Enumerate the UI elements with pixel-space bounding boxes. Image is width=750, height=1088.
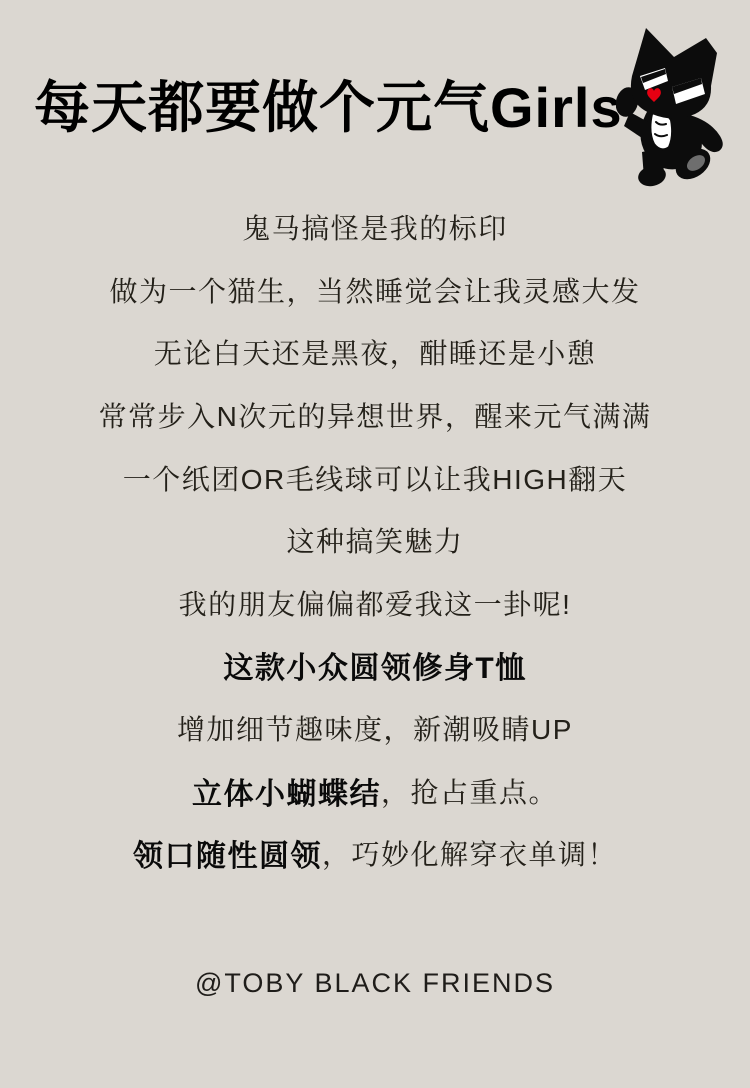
body-line-text: 做为一个猫生，当然睡觉会让我灵感大发 xyxy=(109,270,640,310)
tmall-black-cat-icon xyxy=(616,26,748,192)
body-line: 鬼马搞怪是我的标印 xyxy=(0,196,750,259)
body-line: 一个纸团OR毛线球可以让我HIGH翻天 xyxy=(0,446,750,509)
body-line-text: 常常步入N次元的异想世界，醒来元气满满 xyxy=(99,395,652,435)
body-line: 增加细节趣味度，新潮吸睛UP xyxy=(0,697,750,760)
body-line-text: 增加细节趣味度，新潮吸睛UP xyxy=(177,708,573,748)
brand-handle: @TOBY BLACK FRIENDS xyxy=(0,958,750,1008)
body-text-block: 鬼马搞怪是我的标印做为一个猫生，当然睡觉会让我灵感大发无论白天还是黑夜，酣睡还是… xyxy=(0,196,750,885)
product-description-page: 每天都要做个元气Girls 鬼马搞怪是我的标印做为一个猫生，当然睡觉会让我灵感大… xyxy=(0,0,750,1088)
body-line-text: 这种搞笑魅力 xyxy=(286,520,463,560)
body-line-text: 一个纸团OR毛线球可以让我HIGH翻天 xyxy=(123,458,628,498)
body-line-emphasis: 领口随性圆领 xyxy=(133,831,322,875)
body-line-text: ，抢占重点。 xyxy=(381,771,558,811)
body-line-emphasis: 这款小众圆领修身T恤 xyxy=(223,643,526,687)
body-line-text: 无论白天还是黑夜，酣睡还是小憩 xyxy=(154,332,597,372)
body-line: 我的朋友偏偏都爱我这一卦呢! xyxy=(0,572,750,635)
body-line: 常常步入N次元的异想世界，醒来元气满满 xyxy=(0,384,750,447)
body-line: 无论白天还是黑夜，酣睡还是小憩 xyxy=(0,321,750,384)
body-line-text: 我的朋友偏偏都爱我这一卦呢! xyxy=(179,583,572,623)
body-line: 做为一个猫生，当然睡觉会让我灵感大发 xyxy=(0,259,750,322)
body-line: 立体小蝴蝶结，抢占重点。 xyxy=(0,759,750,822)
page-title: 每天都要做个元气Girls xyxy=(34,76,623,140)
body-line: 这种搞笑魅力 xyxy=(0,509,750,572)
body-line-text: ，巧妙化解穿衣单调！ xyxy=(322,833,617,873)
body-line: 这款小众圆领修身T恤 xyxy=(0,634,750,697)
body-line: 领口随性圆领，巧妙化解穿衣单调！ xyxy=(0,822,750,885)
body-line-emphasis: 立体小蝴蝶结 xyxy=(192,769,381,813)
body-line-text: 鬼马搞怪是我的标印 xyxy=(242,207,508,247)
